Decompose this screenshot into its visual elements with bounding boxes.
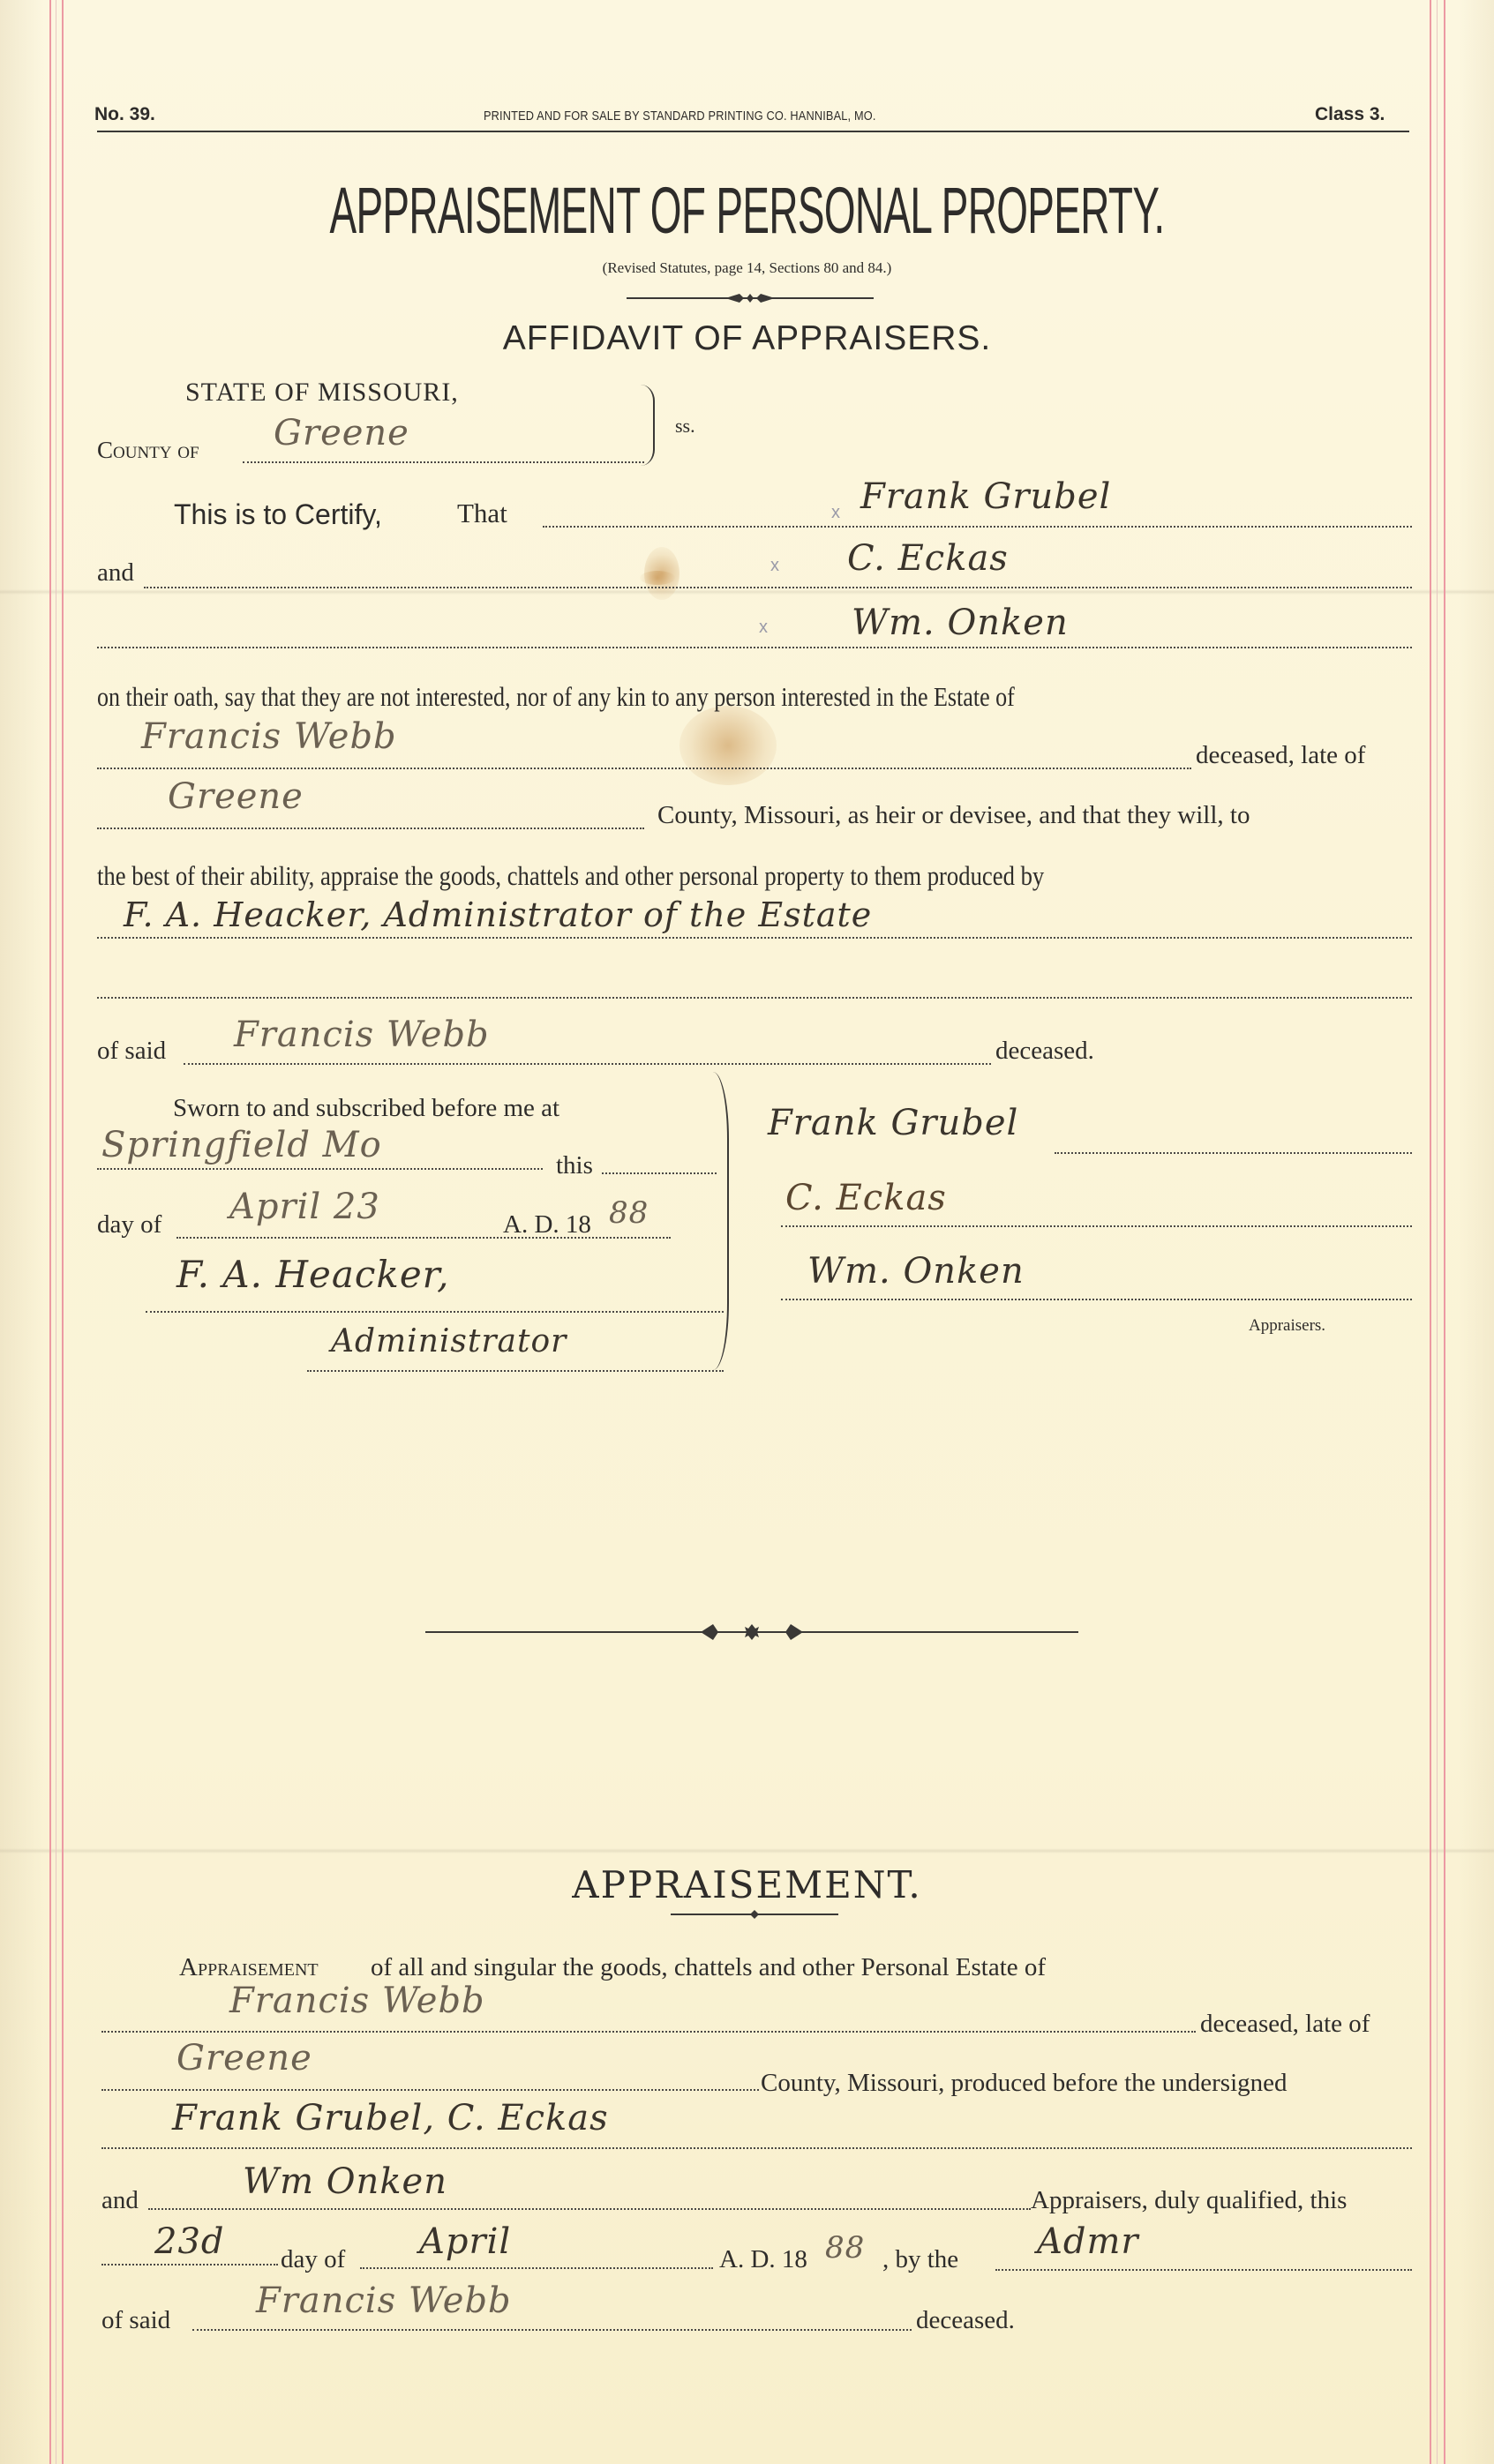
x-mark: x <box>759 618 768 638</box>
appraisement-of-said-label: of said <box>101 2306 170 2335</box>
appraisement-intro-text: of all and singular the goods, chattels … <box>371 1953 1046 1982</box>
left-margin-line <box>49 0 51 2464</box>
appraiser-line-1 <box>543 526 1412 528</box>
estate-name-line <box>97 768 1191 769</box>
of-said-line <box>184 1063 991 1065</box>
form-class: Class 3. <box>1315 104 1385 125</box>
county-handwritten: Greene <box>168 776 304 817</box>
appraiser-line-3 <box>97 647 1412 648</box>
appraisement-deceased-late-of: deceased, late of <box>1200 2010 1370 2039</box>
appraisement-estate-line <box>101 2031 1196 2033</box>
of-said-label: of said <box>97 1037 166 1066</box>
appraisement-and-label: and <box>101 2186 139 2215</box>
signature-brace <box>713 1072 729 1370</box>
of-said-name-field: Francis Webb <box>234 1015 490 1055</box>
place-line <box>97 1168 543 1170</box>
sworn-text: Sworn to and subscribed before me at <box>173 1094 559 1123</box>
appraisement-of-said-line <box>192 2329 912 2331</box>
deceased-late-of: deceased, late of <box>1196 741 1365 770</box>
day-of-label: day of <box>97 1210 161 1239</box>
right-margin-line-inner <box>1437 0 1438 2464</box>
stain <box>640 571 675 585</box>
year-field: 88 <box>609 1195 649 1231</box>
and-label: and <box>97 558 134 588</box>
that-label: That <box>457 498 507 529</box>
stain <box>679 706 777 785</box>
appraisement-ad-label: A. D. 18 <box>719 2245 807 2274</box>
oath-text: on their oath, say that they are not int… <box>97 681 1015 713</box>
appraisement-month-line <box>360 2267 713 2269</box>
county-label: County of <box>97 437 199 464</box>
header-rule <box>97 131 1409 132</box>
left-margin-line <box>62 0 64 2464</box>
paper-fold <box>0 589 1494 595</box>
signature-line-3 <box>781 1299 1412 1300</box>
paper-fold <box>0 1848 1494 1854</box>
appraisement-day-line <box>101 2264 278 2266</box>
appraisement-deceased-label: deceased. <box>916 2306 1015 2335</box>
right-margin-line <box>1444 0 1445 2464</box>
affidavit-heading: AFFIDAVIT OF APPRAISERS. <box>0 319 1494 358</box>
ad-label: A. D. 18 <box>503 1210 591 1239</box>
deceased-label: deceased. <box>995 1037 1094 1066</box>
appraisement-by-whom-line <box>995 2269 1412 2271</box>
appraisement-day: 23d <box>154 2221 225 2262</box>
state-label: STATE OF MISSOURI, <box>185 378 459 408</box>
appraisement-ornament <box>671 1908 838 1921</box>
form-number: No. 39. <box>94 104 155 125</box>
appraisement-county-handwritten: Greene <box>176 2038 312 2078</box>
signature-line-1 <box>1055 1152 1412 1154</box>
appraisement-qualified-text: Appraisers, duly qualified, this <box>1031 2186 1347 2215</box>
produced-by-line <box>97 937 1412 939</box>
this-label: this <box>556 1151 593 1180</box>
certify-label: This is to Certify, <box>174 498 382 531</box>
appraisement-estate-name: Francis Webb <box>229 1981 485 2021</box>
appraisers-caption: Appraisers. <box>1249 1316 1325 1336</box>
signature-2: C. Eckas <box>785 1178 947 1218</box>
ornament-divider <box>627 291 874 305</box>
place-field: Springfield Mo <box>101 1125 382 1165</box>
county-missouri-text: County, Missouri, as heir or devisee, an… <box>657 801 1250 830</box>
county-field: Greene <box>274 413 409 453</box>
ss-label: ss. <box>675 415 695 438</box>
printer-credit: PRINTED AND FOR SALE BY STANDARD PRINTIN… <box>484 109 876 124</box>
official-title: Administrator <box>331 1323 567 1359</box>
official-signature-line <box>146 1311 724 1313</box>
signature-1: Frank Grubel <box>768 1103 1018 1143</box>
date-line <box>176 1237 671 1239</box>
blank-line <box>97 997 1412 999</box>
appraisement-appraisers-line <box>101 2147 1412 2149</box>
best-ability-text: the best of their ability, appraise the … <box>97 860 1044 892</box>
x-mark: x <box>770 556 779 576</box>
official-title-line <box>307 1370 724 1372</box>
appraisement-third-line <box>148 2208 1031 2210</box>
brace <box>641 385 655 466</box>
section-divider <box>425 1621 1078 1643</box>
produced-by-field: F. A. Heacker, Administrator of the Esta… <box>124 895 872 934</box>
right-margin-line <box>1430 0 1431 2464</box>
appraisement-third-appraiser: Wm Onken <box>243 2161 447 2202</box>
county-line <box>97 828 644 829</box>
appraisement-appraisers: Frank Grubel, C. Eckas <box>172 2098 609 2138</box>
appraisement-heading: APPRAISEMENT. <box>0 1863 1494 1906</box>
appraisement-month: April <box>419 2221 511 2262</box>
this-line <box>602 1172 717 1174</box>
appraiser-name-2: C. Eckas <box>847 538 1009 579</box>
x-mark: x <box>831 503 840 523</box>
date-field: April 23 <box>229 1187 380 1227</box>
official-signature: F. A. Heacker, <box>176 1253 450 1296</box>
signature-3: Wm. Onken <box>807 1251 1025 1292</box>
appraiser-line-2 <box>144 587 1412 588</box>
appraisement-intro-label: Appraisement <box>179 1953 319 1982</box>
appraisement-day-of: day of <box>281 2245 345 2274</box>
appraiser-name-3: Wm. Onken <box>852 603 1069 643</box>
appraisement-by-the: , by the <box>882 2245 958 2274</box>
left-margin-line-inner <box>56 0 56 2464</box>
appraisement-year: 88 <box>825 2230 865 2266</box>
appraisement-county-text: County, Missouri, produced before the un… <box>761 2069 1288 2098</box>
appraisement-by-whom: Admr <box>1037 2221 1139 2262</box>
appraisement-of-said-name: Francis Webb <box>256 2281 512 2321</box>
appraisement-county-line <box>101 2089 759 2091</box>
county-field-line <box>243 461 644 463</box>
estate-name-field: Francis Webb <box>141 716 397 757</box>
appraiser-name-1: Frank Grubel <box>860 476 1111 517</box>
signature-line-2 <box>781 1225 1412 1227</box>
statute-citation: (Revised Statutes, page 14, Sections 80 … <box>0 259 1494 277</box>
document-title: APPRAISEMENT OF PERSONAL PROPERTY. <box>284 173 1211 248</box>
